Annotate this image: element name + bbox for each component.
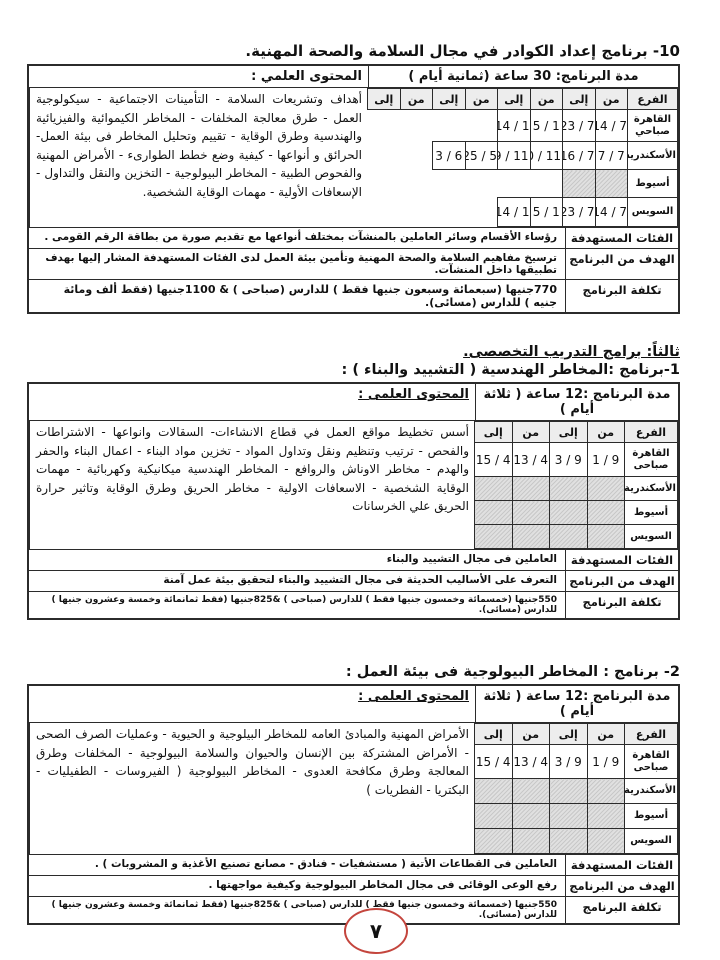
grid-row-assiut: أسيوط xyxy=(475,804,678,829)
hatched-cell xyxy=(587,525,625,549)
program3-table-body: الفرع من إلى من إلى القاهرة صباحى 9 / 1 … xyxy=(29,723,678,854)
program1-content-title: المحتوى العلمي : xyxy=(29,66,368,87)
program2-cost-row: تكلفة البرنامج 550جنيها (خمسمائة وخمسون … xyxy=(29,591,678,618)
cost-value: 770جنيها (سبعمائة وسبعون جنيها فقط ) للد… xyxy=(29,280,565,312)
goal-value: التعرف على الأساليب الحديثة فى مجال التش… xyxy=(29,571,565,591)
empty-cell xyxy=(368,198,401,227)
empty-cell xyxy=(433,110,466,142)
date-cell: 4 / 13 xyxy=(512,745,550,779)
branch-cell: الأسكندرية xyxy=(628,142,678,170)
target-value: العاملين فى مجال التشييد والبناء xyxy=(29,550,565,570)
date-cell: 4 / 15 xyxy=(475,745,513,779)
branch-cell: أسيوط xyxy=(628,170,678,198)
branch-cell: الأسكندرية xyxy=(625,779,678,804)
program1-schedule-table: الفرع من إلى من إلى من إلى من إلى القاهر… xyxy=(367,88,678,227)
grid-row-alexandria: الأسكندرية xyxy=(475,779,678,804)
hatched-cell xyxy=(587,477,625,501)
hatched-cell xyxy=(550,501,588,525)
empty-cell xyxy=(368,170,401,198)
program3-scientific-content: الأمراض المهنية والمبادئ العامه للمخاطر … xyxy=(29,723,475,854)
goal-value: رفع الوعى الوقائى فى مجال المخاطر البيول… xyxy=(29,876,565,896)
date-cell: 9 / 1 xyxy=(587,443,625,477)
date-cell: 9 / 3 xyxy=(550,745,588,779)
branch-cell: القاهرة صباحي xyxy=(628,110,678,142)
hatched-cell xyxy=(512,525,550,549)
hatched-cell xyxy=(512,501,550,525)
target-label: الفئات المستهدفة xyxy=(565,228,678,248)
hatched-cell xyxy=(595,170,628,198)
grid-row-cairo: القاهرة صباحي 7 / 14 7 / 23 1 / 5 1 / 14 xyxy=(368,110,678,142)
program2-table-header-row: مدة البرنامج :12 ساعة ( ثلاثة أيام ) الم… xyxy=(29,384,678,421)
grid-row-suez: السويس 7 / 14 7 / 23 1 / 5 1 / 14 xyxy=(368,198,678,227)
date-cell: 7 / 16 xyxy=(563,142,596,170)
hatched-cell xyxy=(475,804,513,829)
program2-table-body: الفرع من إلى من إلى القاهرة صباحى 9 / 1 … xyxy=(29,421,678,549)
branch-cell: القاهرة صباحى xyxy=(625,745,678,779)
program2-duration: مدة البرنامج :12 ساعة ( ثلاثة أيام ) xyxy=(475,384,678,420)
branch-cell: السويس xyxy=(628,198,678,227)
hatched-cell xyxy=(475,779,513,804)
program2-scientific-content: أسس تخطيط مواقع العمل في قطاع الانشاءات-… xyxy=(29,421,475,549)
program1-table-header-row: مدة البرنامج: 30 ساعة (ثمانية أيام ) الم… xyxy=(29,66,678,88)
hatched-cell xyxy=(550,525,588,549)
hatched-cell xyxy=(587,779,625,804)
col-header: إلى xyxy=(563,89,596,110)
grid-header-row: الفرع من إلى من إلى xyxy=(475,422,678,443)
hatched-cell xyxy=(587,829,625,854)
date-cell: 1 / 14 xyxy=(498,198,531,227)
date-cell: 1 / 14 xyxy=(498,110,531,142)
branch-header-cell: الفرع xyxy=(625,422,678,443)
branch-cell: السويس xyxy=(625,525,678,549)
cost-value: 550جنيها (خمسمائة وخمسون جنيها فقط ) للد… xyxy=(29,897,565,923)
program3-duration: مدة البرنامج :12 ساعة ( ثلاثة أيام ) xyxy=(475,686,678,722)
date-cell: 5 / 25 xyxy=(465,142,498,170)
col-header: إلى xyxy=(550,724,588,745)
goal-value: ترسيخ مفاهيم السلامة والصحة المهنية وتأم… xyxy=(29,249,565,279)
program2-schedule-grid: الفرع من إلى من إلى القاهرة صباحى 9 / 1 … xyxy=(475,421,678,549)
col-header: من xyxy=(465,89,498,110)
branch-cell: السويس xyxy=(625,829,678,854)
date-cell: 1 / 5 xyxy=(530,198,563,227)
page-number: ٧ xyxy=(370,919,382,943)
grid-header-row: الفرع من إلى من إلى xyxy=(475,724,678,745)
program3-content-title: المحتوى العلمى : xyxy=(29,686,475,722)
program1-table-body: الفرع من إلى من إلى من إلى من إلى القاهر… xyxy=(29,88,678,227)
program2-table: مدة البرنامج :12 ساعة ( ثلاثة أيام ) الم… xyxy=(27,382,680,620)
target-value: رؤساء الأقسام وسائر العاملين بالمنشآت بم… xyxy=(29,228,565,248)
empty-cell xyxy=(465,170,498,198)
program3-schedule-grid: الفرع من إلى من إلى القاهرة صباحى 9 / 1 … xyxy=(475,723,678,854)
branch-cell: أسيوط xyxy=(625,501,678,525)
date-cell: 1 / 5 xyxy=(530,110,563,142)
goal-label: الهدف من البرنامج xyxy=(565,876,678,896)
program1-target-row: الفئات المستهدفة رؤساء الأقسام وسائر الع… xyxy=(29,227,678,248)
target-label: الفئات المستهدفة xyxy=(565,550,678,570)
program1-title: 10- برنامج إعداد الكوادر في مجال السلامة… xyxy=(27,0,680,60)
date-cell: 7 / 14 xyxy=(595,198,628,227)
grid-row-assiut: أسيوط xyxy=(368,170,678,198)
cost-label: تكلفة البرنامج xyxy=(565,897,678,923)
date-cell: 7 / 14 xyxy=(595,110,628,142)
date-cell: 9 / 1 xyxy=(587,745,625,779)
grid-header-row: الفرع من إلى من إلى من إلى من إلى xyxy=(368,89,678,110)
empty-cell xyxy=(433,198,466,227)
hatched-cell xyxy=(475,525,513,549)
col-header: إلى xyxy=(550,422,588,443)
page-number-circle: ٧ xyxy=(344,908,408,954)
grid-row-cairo: القاهرة صباحى 9 / 1 9 / 3 4 / 13 4 / 15 xyxy=(475,745,678,779)
col-header: إلى xyxy=(498,89,531,110)
hatched-cell xyxy=(512,477,550,501)
hatched-cell xyxy=(475,477,513,501)
col-header: من xyxy=(400,89,433,110)
program1-table: مدة البرنامج: 30 ساعة (ثمانية أيام ) الم… xyxy=(27,64,680,314)
hatched-cell xyxy=(587,804,625,829)
col-header: من xyxy=(595,89,628,110)
goal-label: الهدف من البرنامج xyxy=(565,571,678,591)
cost-label: تكلفة البرنامج xyxy=(565,592,678,618)
branch-header-cell: الفرع xyxy=(625,724,678,745)
col-header: من xyxy=(587,724,625,745)
program2-target-row: الفئات المستهدفة العاملين فى مجال التشيي… xyxy=(29,549,678,570)
hatched-cell xyxy=(475,501,513,525)
program3-title: 2- برنامج : المخاطر البيولوجية فى بيئة ا… xyxy=(27,664,680,680)
grid-row-cairo: القاهرة صباحى 9 / 1 9 / 3 4 / 13 4 / 15 xyxy=(475,443,678,477)
target-label: الفئات المستهدفة xyxy=(565,855,678,875)
empty-cell xyxy=(465,198,498,227)
date-cell: 7 / 23 xyxy=(563,198,596,227)
branch-cell: الأسكندرية xyxy=(625,477,678,501)
program2-schedule-table: الفرع من إلى من إلى القاهرة صباحى 9 / 1 … xyxy=(474,421,678,549)
empty-cell xyxy=(400,170,433,198)
col-header: إلى xyxy=(368,89,401,110)
date-cell: 9 / 3 xyxy=(550,443,588,477)
scanned-document-page: 10- برنامج إعداد الكوادر في مجال السلامة… xyxy=(0,0,720,960)
target-value: العاملين فى القطاعات الأتية ( مستشفيات -… xyxy=(29,855,565,875)
date-cell: 6 / 3 xyxy=(433,142,466,170)
program1-duration: مدة البرنامج: 30 ساعة (ثمانية أيام ) xyxy=(368,66,678,87)
grid-row-alexandria: الأسكندرية 7 / 7 7 / 16 11 / 10 11 / 19 … xyxy=(368,142,678,170)
col-header: من xyxy=(512,422,550,443)
program1-scientific-content: أهداف وتشريعات السلامة - التأمينات الاجت… xyxy=(29,88,368,227)
hatched-cell xyxy=(475,829,513,854)
hatched-cell xyxy=(563,170,596,198)
hatched-cell xyxy=(512,829,550,854)
hatched-cell xyxy=(550,804,588,829)
program2-goal-row: الهدف من البرنامج التعرف على الأساليب ال… xyxy=(29,570,678,591)
section-heading: ثالثاً: برامج التدريب التخصصى. xyxy=(27,344,680,360)
program2-content-title: المحتوى العلمى : xyxy=(29,384,475,420)
grid-row-suez: السويس xyxy=(475,525,678,549)
hatched-cell xyxy=(512,804,550,829)
hatched-cell xyxy=(550,477,588,501)
program1-schedule-grid: الفرع من إلى من إلى من إلى من إلى القاهر… xyxy=(368,88,678,227)
empty-cell xyxy=(498,170,531,198)
empty-cell xyxy=(400,198,433,227)
empty-cell xyxy=(368,110,401,142)
col-header: من xyxy=(530,89,563,110)
hatched-cell xyxy=(512,779,550,804)
branch-cell: القاهرة صباحى xyxy=(625,443,678,477)
empty-cell xyxy=(400,110,433,142)
hatched-cell xyxy=(587,501,625,525)
empty-cell xyxy=(465,110,498,142)
hatched-cell xyxy=(550,829,588,854)
empty-cell xyxy=(530,170,563,198)
cost-label: تكلفة البرنامج xyxy=(565,280,678,312)
cost-value: 550جنيها (خمسمائة وخمسون جنيها فقط ) للد… xyxy=(29,592,565,618)
program3-schedule-table: الفرع من إلى من إلى القاهرة صباحى 9 / 1 … xyxy=(474,723,678,854)
empty-cell xyxy=(433,170,466,198)
col-header: من xyxy=(587,422,625,443)
hatched-cell xyxy=(550,779,588,804)
date-cell: 7 / 23 xyxy=(563,110,596,142)
grid-row-suez: السويس xyxy=(475,829,678,854)
grid-row-assiut: أسيوط xyxy=(475,501,678,525)
empty-cell xyxy=(400,142,433,170)
date-cell: 4 / 13 xyxy=(512,443,550,477)
branch-header-cell: الفرع xyxy=(628,89,678,110)
date-cell: 11 / 19 xyxy=(498,142,531,170)
grid-row-alexandria: الأسكندرية xyxy=(475,477,678,501)
program1-cost-row: تكلفة البرنامج 770جنيها (سبعمائة وسبعون … xyxy=(29,279,678,312)
empty-cell xyxy=(368,142,401,170)
col-header: إلى xyxy=(475,422,513,443)
program1-goal-row: الهدف من البرنامج ترسيخ مفاهيم السلامة و… xyxy=(29,248,678,279)
col-header: من xyxy=(512,724,550,745)
date-cell: 11 / 10 xyxy=(530,142,563,170)
date-cell: 7 / 7 xyxy=(595,142,628,170)
branch-cell: أسيوط xyxy=(625,804,678,829)
program3-goal-row: الهدف من البرنامج رفع الوعى الوقائى فى م… xyxy=(29,875,678,896)
program3-target-row: الفئات المستهدفة العاملين فى القطاعات ال… xyxy=(29,854,678,875)
date-cell: 4 / 15 xyxy=(475,443,513,477)
program2-title: 1-برنامج :المخاطر الهندسية ( التشييد وال… xyxy=(27,362,680,378)
program3-table-header-row: مدة البرنامج :12 ساعة ( ثلاثة أيام ) الم… xyxy=(29,686,678,723)
program3-table: مدة البرنامج :12 ساعة ( ثلاثة أيام ) الم… xyxy=(27,684,680,925)
goal-label: الهدف من البرنامج xyxy=(565,249,678,279)
col-header: إلى xyxy=(475,724,513,745)
col-header: إلى xyxy=(433,89,466,110)
